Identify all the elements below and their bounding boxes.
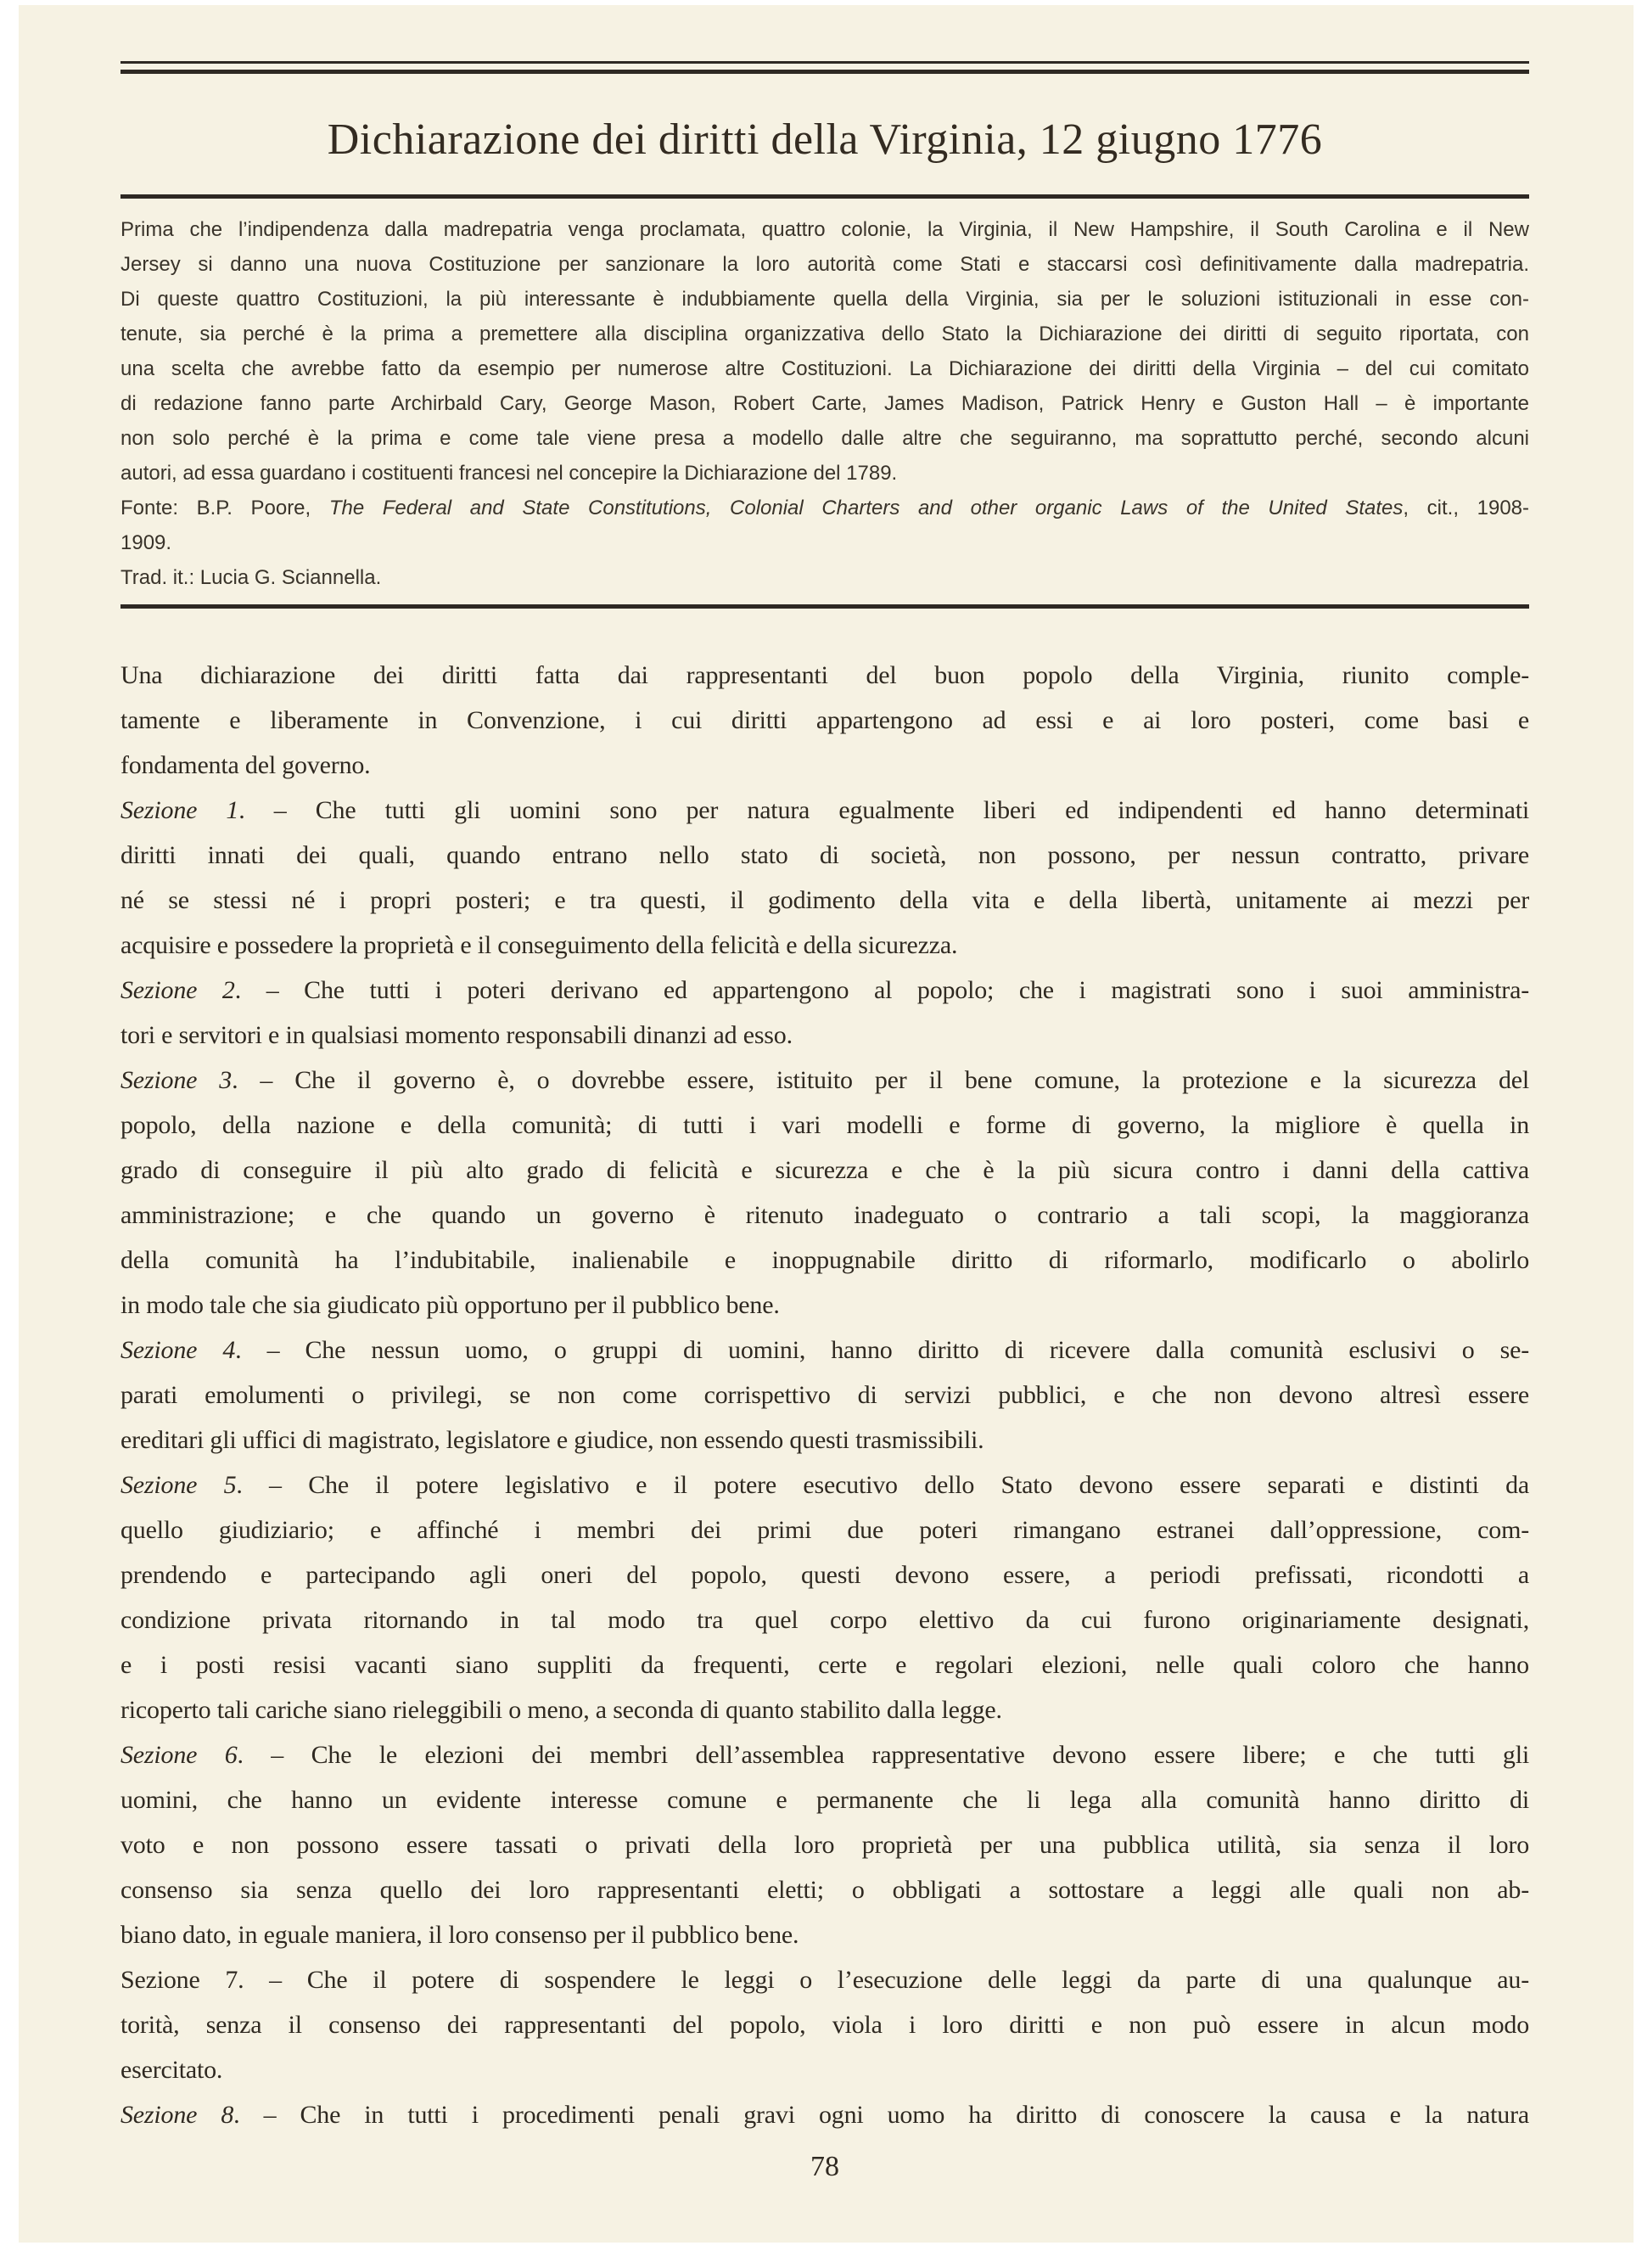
intro-line: Trad. it.: Lucia G. Sciannella. [120, 560, 1529, 595]
document-page: Dichiarazione dei diritti della Virginia… [19, 5, 1634, 2243]
text-segment: uomini, che hanno un evidente interesse … [120, 1786, 1529, 1814]
italic-text-segment: The Federal and State Constitutions, Col… [329, 497, 1404, 519]
text-segment: non solo perché è la prima e come tale v… [120, 427, 1529, 450]
page-title: Dichiarazione dei diritti della Virginia… [120, 111, 1529, 169]
text-segment: parati emolumenti o privilegi, se non co… [120, 1381, 1529, 1409]
intro-block: Prima che l’indipendenza dalla madrepatr… [120, 212, 1529, 595]
text-segment: acquisire e possedere la proprietà e il … [120, 931, 957, 959]
text-segment: tenute, sia perché è la prima a premette… [120, 323, 1529, 345]
text-segment: . – Che in tutti i procedimenti penali g… [233, 2101, 1529, 2129]
text-segment: voto e non possono essere tassati o priv… [120, 1831, 1529, 1859]
body-line: né se stessi né i propri posteri; e tra … [120, 878, 1529, 923]
body-line: amministrazione; e che quando un governo… [120, 1193, 1529, 1238]
text-segment: una scelta che avrebbe fatto da esempio … [120, 357, 1529, 380]
body-line: condizione privata ritornando in tal mod… [120, 1597, 1529, 1642]
body-line: grado di conseguire il più alto grado di… [120, 1148, 1529, 1193]
text-segment: . – Che tutti gli uomini sono per natura… [238, 796, 1529, 824]
intro-line: di redazione fanno parte Archirbald Cary… [120, 386, 1529, 421]
body-line: Sezione 5. – Che il potere legislativo e… [120, 1462, 1529, 1507]
page-number: 78 [120, 2151, 1529, 2183]
declaration-text: Una dichiarazione dei diritti fatta dai … [120, 653, 1529, 2137]
text-segment: diritti innati dei quali, quando entrano… [120, 841, 1529, 869]
italic-text-segment: Sezione 8 [120, 2101, 233, 2129]
text-segment: . – Che il governo è, o dovrebbe essere,… [232, 1066, 1529, 1094]
body-line: acquisire e possedere la proprietà e il … [120, 923, 1529, 968]
body-line: consenso sia senza quello dei loro rappr… [120, 1867, 1529, 1912]
italic-text-segment: Sezione 3 [120, 1066, 232, 1094]
intro-line: Di queste quattro Costituzioni, la più i… [120, 282, 1529, 317]
body-line: quello giudiziario; e affinché i membri … [120, 1507, 1529, 1552]
text-segment: Sezione 7. – Che il potere di sospendere… [120, 1966, 1529, 1994]
text-segment: fondamenta del governo. [120, 751, 370, 779]
text-segment: amministrazione; e che quando un governo… [120, 1201, 1529, 1229]
body-line: tamente e liberamente in Convenzione, i … [120, 698, 1529, 743]
text-segment: , cit., 1908- [1403, 497, 1529, 519]
page-content: Dichiarazione dei diritti della Virginia… [120, 61, 1529, 2183]
text-segment: di redazione fanno parte Archirbald Cary… [120, 392, 1529, 415]
text-segment: . – Che le elezioni dei membri dell’asse… [238, 1741, 1529, 1769]
italic-text-segment: Sezione 1 [120, 796, 238, 824]
text-segment: ricoperto tali cariche siano rieleggibil… [120, 1696, 1002, 1724]
italic-text-segment: Sezione 5 [120, 1471, 236, 1499]
body-line: e i posti resisi vacanti siano suppliti … [120, 1642, 1529, 1687]
text-segment: 1909. [120, 531, 171, 554]
body-line: Sezione 6. – Che le elezioni dei membri … [120, 1732, 1529, 1777]
text-segment: né se stessi né i propri posteri; e tra … [120, 886, 1529, 914]
body-line: esercitato. [120, 2047, 1529, 2092]
intro-line: 1909. [120, 525, 1529, 560]
title-rule [120, 194, 1529, 199]
body-line: della comunità ha l’indubitabile, inalie… [120, 1238, 1529, 1283]
intro-line: Jersey si danno una nuova Costituzione p… [120, 247, 1529, 282]
top-rule-thin [120, 61, 1529, 64]
intro-line: tenute, sia perché è la prima a premette… [120, 317, 1529, 351]
body-line: in modo tale che sia giudicato più oppor… [120, 1283, 1529, 1328]
text-segment: biano dato, in eguale maniera, il loro c… [120, 1921, 799, 1949]
text-segment: tamente e liberamente in Convenzione, i … [120, 706, 1529, 734]
intro-line: Fonte: B.P. Poore, The Federal and State… [120, 491, 1529, 525]
intro-line: autori, ad essa guardano i costituenti f… [120, 456, 1529, 491]
text-segment: e i posti resisi vacanti siano suppliti … [120, 1651, 1529, 1679]
body-line: popolo, della nazione e della comunità; … [120, 1103, 1529, 1148]
text-segment: . – Che nessun uomo, o gruppi di uomini,… [235, 1336, 1529, 1364]
text-segment: consenso sia senza quello dei loro rappr… [120, 1876, 1529, 1904]
text-segment: . – Che tutti i poteri derivano ed appar… [235, 976, 1529, 1004]
text-segment: Fonte: B.P. Poore, [120, 497, 329, 519]
text-segment: . – Che il potere legislativo e il poter… [236, 1471, 1529, 1499]
body-line: prendendo e partecipando agli oneri del … [120, 1552, 1529, 1597]
text-segment: Prima che l’indipendenza dalla madrepatr… [120, 218, 1529, 241]
text-segment: torità, senza il consenso dei rappresent… [120, 2011, 1529, 2039]
text-segment: Di queste quattro Costituzioni, la più i… [120, 288, 1529, 311]
italic-text-segment: Sezione 4 [120, 1336, 235, 1364]
top-rule-thick [120, 70, 1529, 74]
body-line: Sezione 8. – Che in tutti i procedimenti… [120, 2092, 1529, 2137]
text-segment: esercitato. [120, 2056, 222, 2084]
text-segment: Jersey si danno una nuova Costituzione p… [120, 253, 1529, 276]
body-line: Sezione 1. – Che tutti gli uomini sono p… [120, 788, 1529, 833]
body-line: Sezione 4. – Che nessun uomo, o gruppi d… [120, 1328, 1529, 1373]
body-line: voto e non possono essere tassati o priv… [120, 1822, 1529, 1867]
text-segment: autori, ad essa guardano i costituenti f… [120, 462, 897, 485]
body-line: ereditari gli uffici di magistrato, legi… [120, 1417, 1529, 1462]
intro-line: una scelta che avrebbe fatto da esempio … [120, 351, 1529, 386]
text-segment: grado di conseguire il più alto grado di… [120, 1156, 1529, 1184]
text-segment: tori e servitori e in qualsiasi momento … [120, 1021, 793, 1049]
text-segment: Trad. it.: Lucia G. Sciannella. [120, 566, 381, 589]
italic-text-segment: Sezione 6 [120, 1741, 238, 1769]
text-segment: quello giudiziario; e affinché i membri … [120, 1516, 1529, 1544]
intro-line: non solo perché è la prima e come tale v… [120, 421, 1529, 456]
body-line: Sezione 3. – Che il governo è, o dovrebb… [120, 1058, 1529, 1103]
italic-text-segment: Sezione 2 [120, 976, 235, 1004]
body-line: fondamenta del governo. [120, 743, 1529, 788]
body-line: Sezione 7. – Che il potere di sospendere… [120, 1957, 1529, 2002]
body-line: tori e servitori e in qualsiasi momento … [120, 1013, 1529, 1058]
text-segment: Una dichiarazione dei diritti fatta dai … [120, 661, 1529, 689]
body-line: Una dichiarazione dei diritti fatta dai … [120, 653, 1529, 698]
intro-line: Prima che l’indipendenza dalla madrepatr… [120, 212, 1529, 247]
body-line: uomini, che hanno un evidente interesse … [120, 1777, 1529, 1822]
body-line: torità, senza il consenso dei rappresent… [120, 2002, 1529, 2047]
text-segment: ereditari gli uffici di magistrato, legi… [120, 1426, 984, 1454]
body-line: Sezione 2. – Che tutti i poteri derivano… [120, 968, 1529, 1013]
text-segment: condizione privata ritornando in tal mod… [120, 1606, 1529, 1634]
body-line: biano dato, in eguale maniera, il loro c… [120, 1912, 1529, 1957]
text-segment: in modo tale che sia giudicato più oppor… [120, 1291, 780, 1319]
text-segment: popolo, della nazione e della comunità; … [120, 1111, 1529, 1139]
body-line: diritti innati dei quali, quando entrano… [120, 833, 1529, 878]
body-line: parati emolumenti o privilegi, se non co… [120, 1373, 1529, 1417]
body-line: ricoperto tali cariche siano rieleggibil… [120, 1687, 1529, 1732]
text-segment: prendendo e partecipando agli oneri del … [120, 1561, 1529, 1589]
intro-rule [120, 604, 1529, 609]
text-segment: della comunità ha l’indubitabile, inalie… [120, 1246, 1529, 1274]
